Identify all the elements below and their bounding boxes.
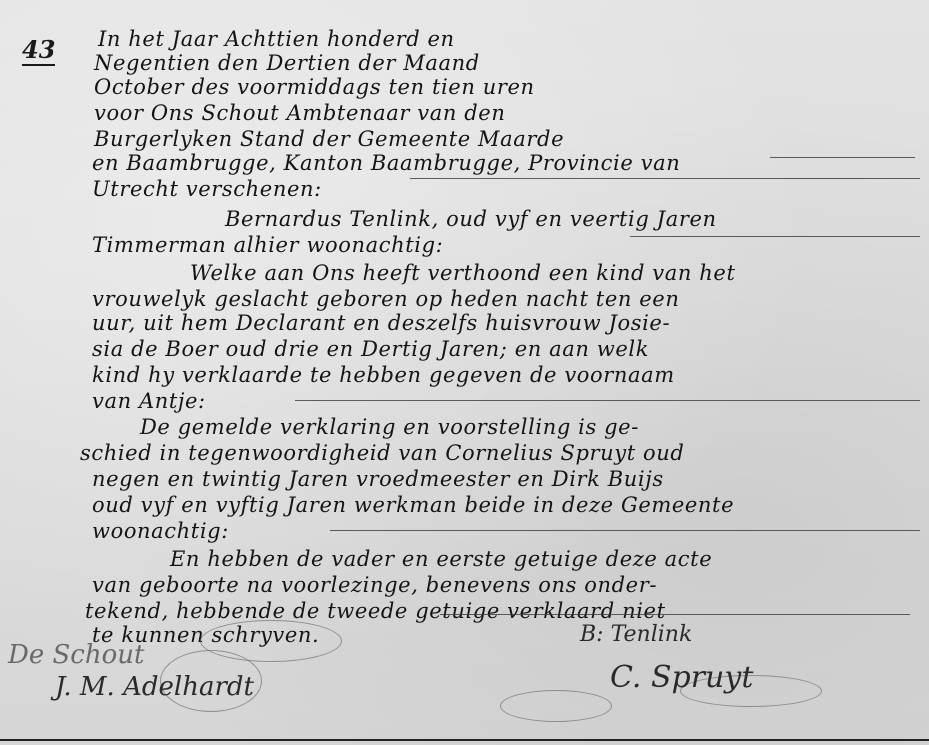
text-line-16: De gemelde verklaring en voorstelling is… [140, 414, 639, 440]
text-line-19: oud vyf en vyftig Jaren werkman beide in… [92, 492, 734, 518]
signature-father: B: Tenlink [580, 622, 692, 647]
text-line-21: En hebben de vader en eerste getuige dez… [170, 546, 712, 572]
text-line-17: schied in tegenwoordigheid van Cornelius… [80, 440, 684, 466]
text-line-7: Utrecht verschenen: [92, 176, 322, 202]
fill-rule [330, 530, 920, 531]
fill-rule [440, 614, 910, 615]
text-line-5: Burgerlyken Stand der Gemeente Maarde [94, 126, 564, 152]
text-line-12: uur, uit hem Declarant en deszelfs huisv… [92, 310, 670, 336]
text-line-8: Bernardus Tenlink, oud vyf en veertig Ja… [225, 206, 717, 232]
text-line-15: van Antje: [92, 388, 206, 414]
text-line-6: en Baambrugge, Kanton Baambrugge, Provin… [92, 150, 680, 176]
text-line-11: vrouwelyk geslacht geboren op heden nach… [92, 286, 679, 312]
text-line-13: sia de Boer oud drie en Dertig Jaren; en… [92, 336, 649, 362]
signature-schout: De Schout [8, 640, 144, 670]
text-line-3: October des voormiddags ten tien uren [94, 74, 535, 100]
text-line-1: In het Jaar Achttien honderd en [98, 26, 455, 52]
text-line-9: Timmerman alhier woonachtig: [92, 232, 443, 258]
document-page: 43 In het Jaar Achttien honderd en Negen… [0, 0, 929, 745]
text-line-2: Negentien den Dertien der Maand [94, 50, 480, 76]
signature-witness: C. Spruyt [610, 660, 753, 695]
text-line-4: voor Ons Schout Ambtenaar van den [94, 100, 505, 126]
fill-rule [630, 236, 920, 237]
text-line-20: woonachtig: [92, 518, 229, 544]
text-line-18: negen en twintig Jaren vroedmeester en D… [92, 466, 664, 492]
fill-rule [770, 157, 915, 158]
text-line-14: kind hy verklaarde te hebben gegeven de … [92, 362, 675, 388]
text-line-10: Welke aan Ons heeft verthoond een kind v… [190, 260, 735, 286]
text-line-23: tekend, hebbende de tweede getuige verkl… [85, 598, 666, 624]
fill-rule [410, 178, 920, 179]
page-bottom-rule [0, 739, 929, 741]
record-number: 43 [22, 38, 55, 66]
fill-rule [295, 400, 920, 401]
signature-flourish [500, 690, 612, 722]
signature-official: J. M. Adelhardt [55, 672, 254, 702]
text-line-22: van geboorte na voorlezinge, benevens on… [92, 572, 657, 598]
